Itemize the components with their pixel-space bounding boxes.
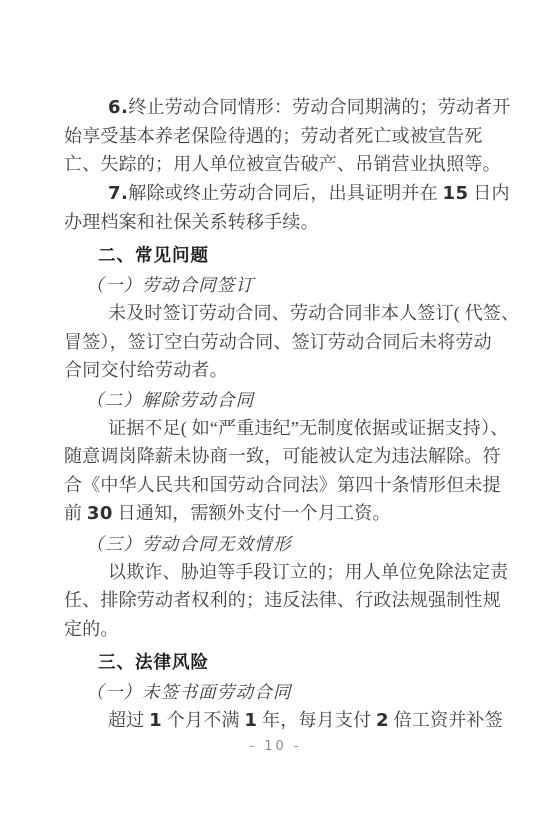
text-run: 超过 bbox=[108, 710, 149, 730]
text-line: 冒签），签订空白劳动合同、签订劳动合同后未将劳动 bbox=[64, 328, 490, 356]
number-text: 15 bbox=[442, 183, 468, 204]
subsection-heading: （二）解除劳动合同 bbox=[64, 386, 490, 414]
text-line: 定的。 bbox=[64, 615, 490, 643]
number-text: 30 bbox=[87, 503, 113, 524]
number-text: 1 bbox=[149, 710, 162, 731]
number-text: 7. bbox=[108, 183, 128, 204]
text-run: 前 bbox=[64, 503, 87, 523]
text-line: 以欺诈、胁迫等手段订立的；用人单位免除法定责 bbox=[64, 558, 490, 586]
text-line: 合同交付给劳动者。 bbox=[64, 356, 490, 384]
text-run: 合同交付给劳动者。 bbox=[64, 360, 228, 380]
paragraph: 证据不足( 如“严重违纪”无制度依据或证据支持）、随意调岗降薪未协商一致，可能被… bbox=[64, 414, 490, 528]
text-run: 日内 bbox=[469, 183, 510, 203]
text-line: 证据不足( 如“严重违纪”无制度依据或证据支持）、 bbox=[64, 414, 490, 442]
page-number: - 10 - bbox=[0, 739, 551, 754]
text-run: 未及时签订劳动合同、劳动合同非本人签订( 代签、 bbox=[108, 303, 519, 323]
text-run: 倍工资并补签 bbox=[389, 710, 503, 730]
text-run: 定的。 bbox=[64, 619, 119, 639]
section-heading: 三、法律风险 bbox=[64, 648, 490, 676]
text-run: 以欺诈、胁迫等手段订立的；用人单位免除法定责 bbox=[108, 562, 508, 582]
number-text: 1 bbox=[244, 710, 257, 731]
number-text: 6. bbox=[108, 97, 128, 118]
text-line: 前 30 日通知，需额外支付一个月工资。 bbox=[64, 499, 490, 528]
text-run: 证据不足( 如“严重违纪”无制度依据或证据支持）、 bbox=[108, 418, 508, 438]
subsection-heading: （一）劳动合同签订 bbox=[64, 271, 490, 299]
text-run: 日通知，需额外支付一个月工资。 bbox=[113, 503, 391, 523]
text-run: 随意调岗降薪未协商一致，可能被认定为违法解除。符 bbox=[64, 446, 501, 466]
section-heading: 二、常见问题 bbox=[64, 241, 490, 269]
text-line: 7.解除或终止劳动合同后，出具证明并在 15 日内 bbox=[64, 179, 490, 208]
paragraph: 未及时签订劳动合同、劳动合同非本人签订( 代签、冒签），签订空白劳动合同、签订劳… bbox=[64, 299, 490, 384]
text-line: 随意调岗降薪未协商一致，可能被认定为违法解除。符 bbox=[64, 442, 490, 470]
text-run: 年，每月支付 bbox=[257, 710, 376, 730]
text-run: 合《中华人民共和国劳动合同法》第四十条情形但未提 bbox=[64, 475, 501, 495]
text-line: 超过 1 个月不满 1 年，每月支付 2 倍工资并补签 bbox=[64, 706, 490, 735]
text-line: 未及时签订劳动合同、劳动合同非本人签订( 代签、 bbox=[64, 299, 490, 327]
paragraph: 超过 1 个月不满 1 年，每月支付 2 倍工资并补签 bbox=[64, 706, 490, 735]
text-run: 终止劳动合同情形：劳动合同期满的；劳动者开 bbox=[128, 97, 510, 117]
subsection-heading: （三）劳动合同无效情形 bbox=[64, 530, 490, 558]
paragraph: 7.解除或终止劳动合同后，出具证明并在 15 日内办理档案和社保关系转移手续。 bbox=[64, 179, 490, 236]
paragraph: 以欺诈、胁迫等手段订立的；用人单位免除法定责任、排除劳动者权利的；违反法律、行政… bbox=[64, 558, 490, 643]
text-line: 任、排除劳动者权利的；违反法律、行政法规强制性规 bbox=[64, 586, 490, 614]
text-run: 亡、失踪的；用人单位被宣告破产、吊销营业执照等。 bbox=[64, 154, 501, 174]
text-line: 办理档案和社保关系转移手续。 bbox=[64, 208, 490, 236]
document-page: 6.终止劳动合同情形：劳动合同期满的；劳动者开始享受基本养老保险待遇的；劳动者死… bbox=[0, 0, 551, 826]
number-text: 2 bbox=[376, 710, 389, 731]
subsection-heading: （一）未签书面劳动合同 bbox=[64, 678, 490, 706]
text-line: 亡、失踪的；用人单位被宣告破产、吊销营业执照等。 bbox=[64, 150, 490, 178]
text-run: 办理档案和社保关系转移手续。 bbox=[64, 212, 319, 232]
text-run: 始享受基本养老保险待遇的；劳动者死亡或被宣告死 bbox=[64, 126, 483, 146]
text-run: 个月不满 bbox=[162, 710, 244, 730]
text-line: 6.终止劳动合同情形：劳动合同期满的；劳动者开 bbox=[64, 93, 490, 122]
paragraph: 6.终止劳动合同情形：劳动合同期满的；劳动者开始享受基本养老保险待遇的；劳动者死… bbox=[64, 93, 490, 179]
text-run: 任、排除劳动者权利的；违反法律、行政法规强制性规 bbox=[64, 590, 501, 610]
document-body: 6.终止劳动合同情形：劳动合同期满的；劳动者开始享受基本养老保险待遇的；劳动者死… bbox=[64, 93, 490, 735]
text-run: 冒签），签订空白劳动合同、签订劳动合同后未将劳动 bbox=[64, 332, 492, 352]
text-line: 合《中华人民共和国劳动合同法》第四十条情形但未提 bbox=[64, 471, 490, 499]
text-line: 始享受基本养老保险待遇的；劳动者死亡或被宣告死 bbox=[64, 122, 490, 150]
text-run: 解除或终止劳动合同后，出具证明并在 bbox=[128, 183, 442, 203]
